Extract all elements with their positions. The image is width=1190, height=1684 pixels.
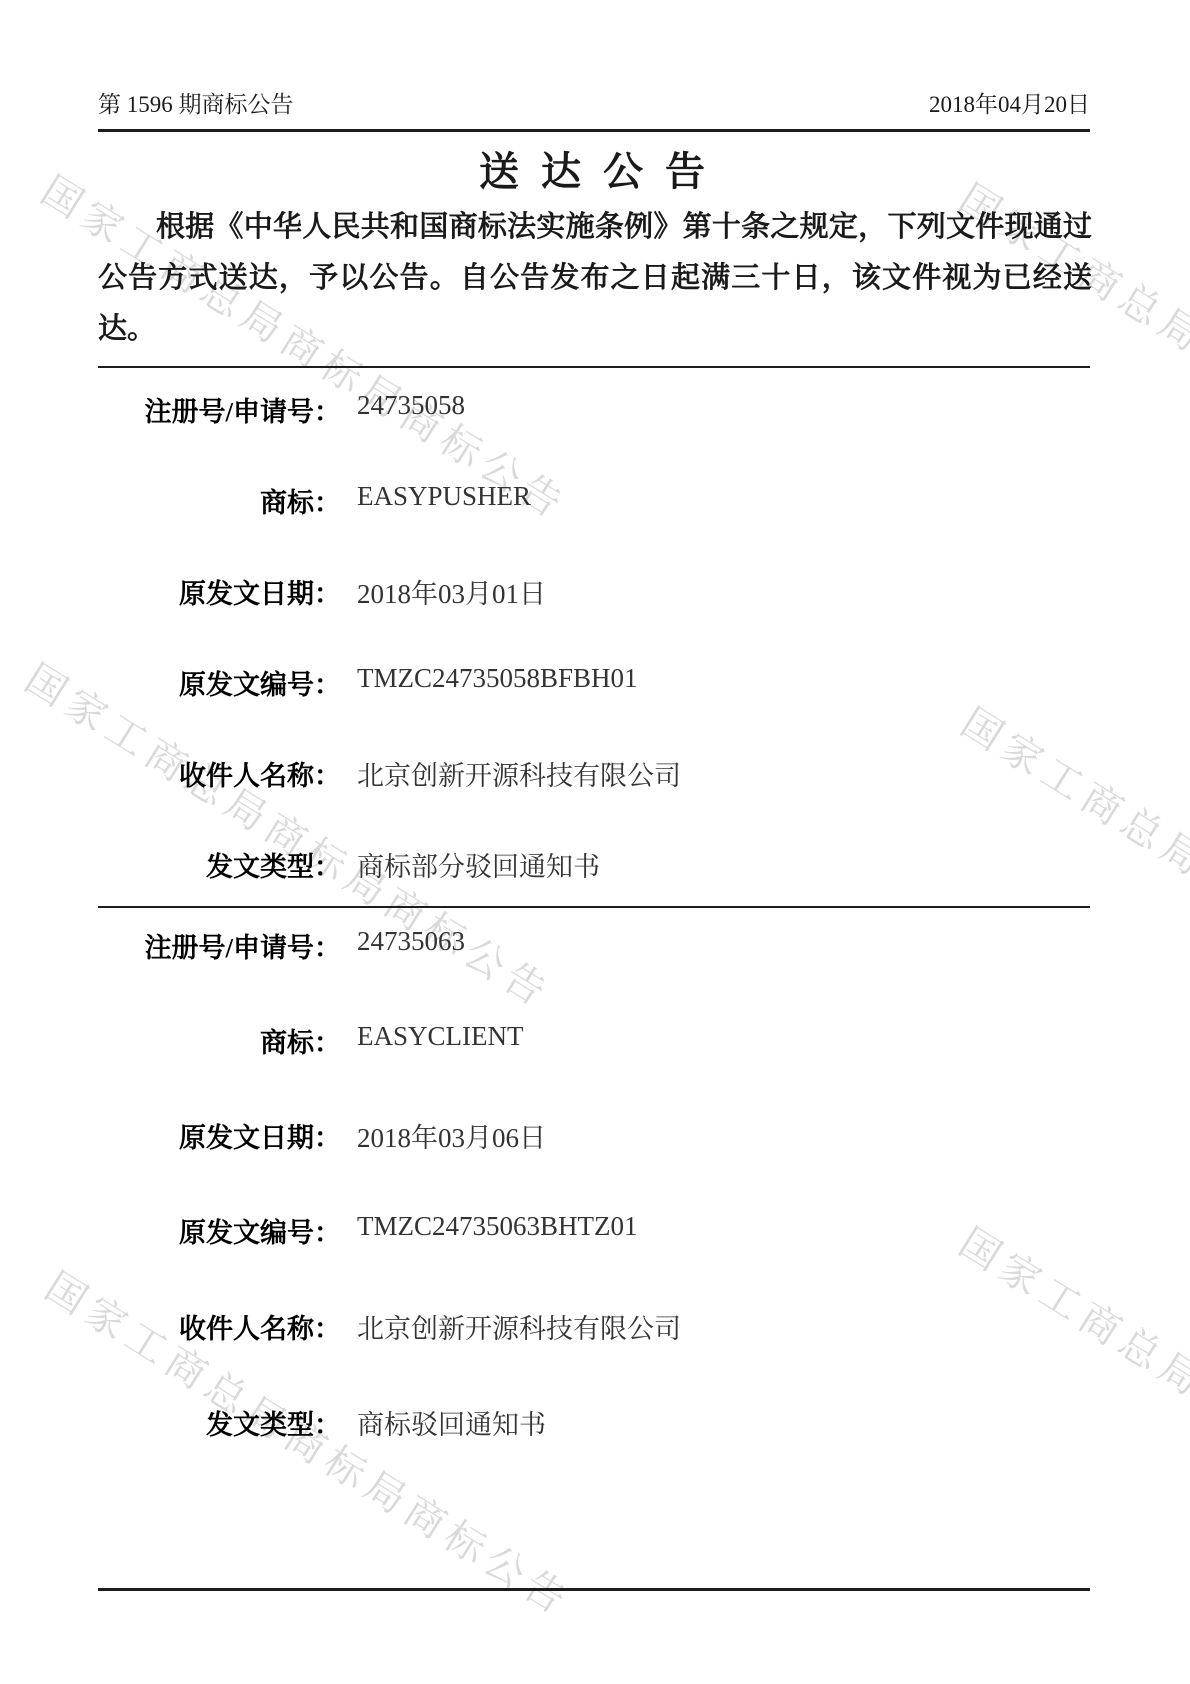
record-row: 商标： EASYPUSHER (98, 481, 1092, 513)
record-row: 原发文编号： TMZC24735063BHTZ01 (98, 1211, 1092, 1243)
gazette-page: 国家工商总局商标局商标公告 国家工商总局商标局商标公告 国家工商总局商标局商标公… (0, 0, 1190, 1684)
record-row: 收件人名称： 北京创新开源科技有限公司 (98, 1307, 1092, 1339)
field-value-reg-no: 24735063 (357, 926, 465, 957)
field-label-reg-no: 注册号/申请号： (98, 390, 341, 429)
field-label-recipient: 收件人名称： (98, 754, 341, 793)
record-row: 发文类型： 商标驳回通知书 (98, 1403, 1092, 1435)
field-label-reg-no: 注册号/申请号： (98, 926, 341, 965)
publication-date: 2018年04月20日 (929, 86, 1090, 119)
field-label-orig-date: 原发文日期： (98, 572, 341, 611)
record-row: 原发文日期： 2018年03月06日 (98, 1116, 1092, 1148)
field-label-trademark: 商标： (98, 481, 341, 520)
record-row: 收件人名称： 北京创新开源科技有限公司 (98, 754, 1092, 786)
field-value-trademark: EASYCLIENT (357, 1021, 523, 1052)
field-value-orig-no: TMZC24735063BHTZ01 (357, 1211, 638, 1242)
record-row: 注册号/申请号： 24735058 (98, 390, 1092, 422)
record-row: 注册号/申请号： 24735063 (98, 926, 1092, 958)
intro-paragraph: 根据《中华人民共和国商标法实施条例》第十条之规定，下列文件现通过公告方式送达，予… (98, 202, 1092, 355)
section-divider (98, 906, 1090, 908)
page-title: 送 达 公 告 (0, 140, 1190, 197)
field-value-orig-no: TMZC24735058BFBH01 (357, 663, 638, 694)
field-value-orig-date: 2018年03月06日 (357, 1116, 546, 1155)
field-label-doc-type: 发文类型： (98, 1403, 341, 1442)
field-label-trademark: 商标： (98, 1021, 341, 1060)
field-value-recipient: 北京创新开源科技有限公司 (357, 754, 681, 793)
field-label-doc-type: 发文类型： (98, 845, 341, 884)
field-value-reg-no: 24735058 (357, 390, 465, 421)
field-value-orig-date: 2018年03月01日 (357, 572, 546, 611)
record-row: 发文类型： 商标部分驳回通知书 (98, 845, 1092, 877)
field-label-orig-date: 原发文日期： (98, 1116, 341, 1155)
field-value-doc-type: 商标驳回通知书 (357, 1403, 546, 1442)
watermark-text: 国家工商总局商标局商标公告 (952, 692, 1190, 1064)
field-value-doc-type: 商标部分驳回通知书 (357, 845, 600, 884)
field-value-trademark: EASYPUSHER (357, 481, 531, 512)
page-bottom-rule (98, 1588, 1090, 1591)
field-label-orig-no: 原发文编号： (98, 663, 341, 702)
field-label-recipient: 收件人名称： (98, 1307, 341, 1346)
field-value-recipient: 北京创新开源科技有限公司 (357, 1307, 681, 1346)
field-label-orig-no: 原发文编号： (98, 1211, 341, 1250)
record-row: 商标： EASYCLIENT (98, 1021, 1092, 1053)
header-rule (98, 129, 1090, 132)
record-row: 原发文编号： TMZC24735058BFBH01 (98, 663, 1092, 695)
issue-number-label: 第 1596 期商标公告 (98, 86, 294, 119)
watermark-text: 国家工商总局商标局商标公告 (950, 1212, 1190, 1584)
record-row: 原发文日期： 2018年03月01日 (98, 572, 1092, 604)
section-divider (98, 366, 1090, 368)
